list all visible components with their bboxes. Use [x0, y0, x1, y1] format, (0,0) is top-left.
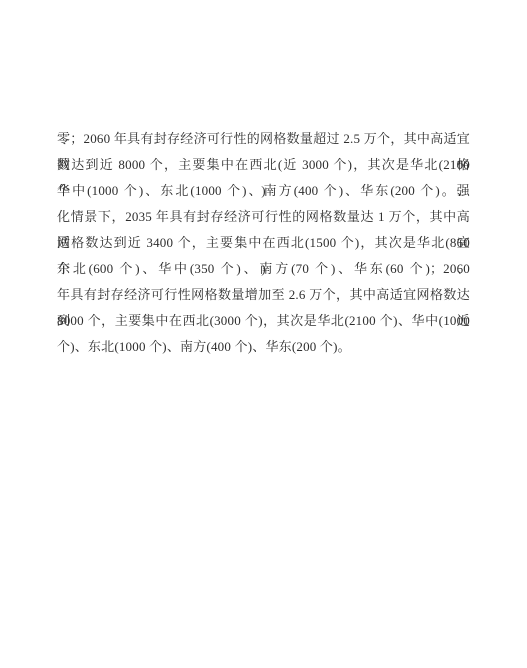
- paragraph-line: 东北(600 个)、华中(350 个)、南方(70 个)、华东(60 个)；20…: [57, 256, 470, 282]
- body-paragraph: 零；2060 年具有封存经济可行性的网格数量超过 2.5 万个，其中高适宜网格 …: [57, 126, 470, 360]
- document-page: 零；2060 年具有封存经济可行性的网格数量超过 2.5 万个，其中高适宜网格 …: [0, 0, 527, 668]
- paragraph-line: 网格数达到近 3400 个，主要集中在西北(1500 个)，其次是华北(860 …: [57, 230, 470, 256]
- paragraph-line-last: 个)、东北(1000 个)、南方(400 个)、华东(200 个)。: [57, 334, 470, 360]
- paragraph-line: 年具有封存经济可行性网格数量增加至 2.6 万个，其中高适宜网格数达到近: [57, 282, 470, 308]
- paragraph-line: 化情景下，2035 年具有封存经济可行性的网格数量达 1 万个，其中高适宜: [57, 204, 470, 230]
- paragraph-line: 华中(1000 个)、东北(1000 个)、南方(400 个)、华东(200 个…: [57, 178, 470, 204]
- paragraph-line: 数达到近 8000 个，主要集中在西北(近 3000 个)，其次是华北(2100…: [57, 152, 470, 178]
- paragraph-line: 零；2060 年具有封存经济可行性的网格数量超过 2.5 万个，其中高适宜网格: [57, 126, 470, 152]
- paragraph-line: 8000 个，主要集中在西北(3000 个)，其次是华北(2100 个)、华中(…: [57, 308, 470, 334]
